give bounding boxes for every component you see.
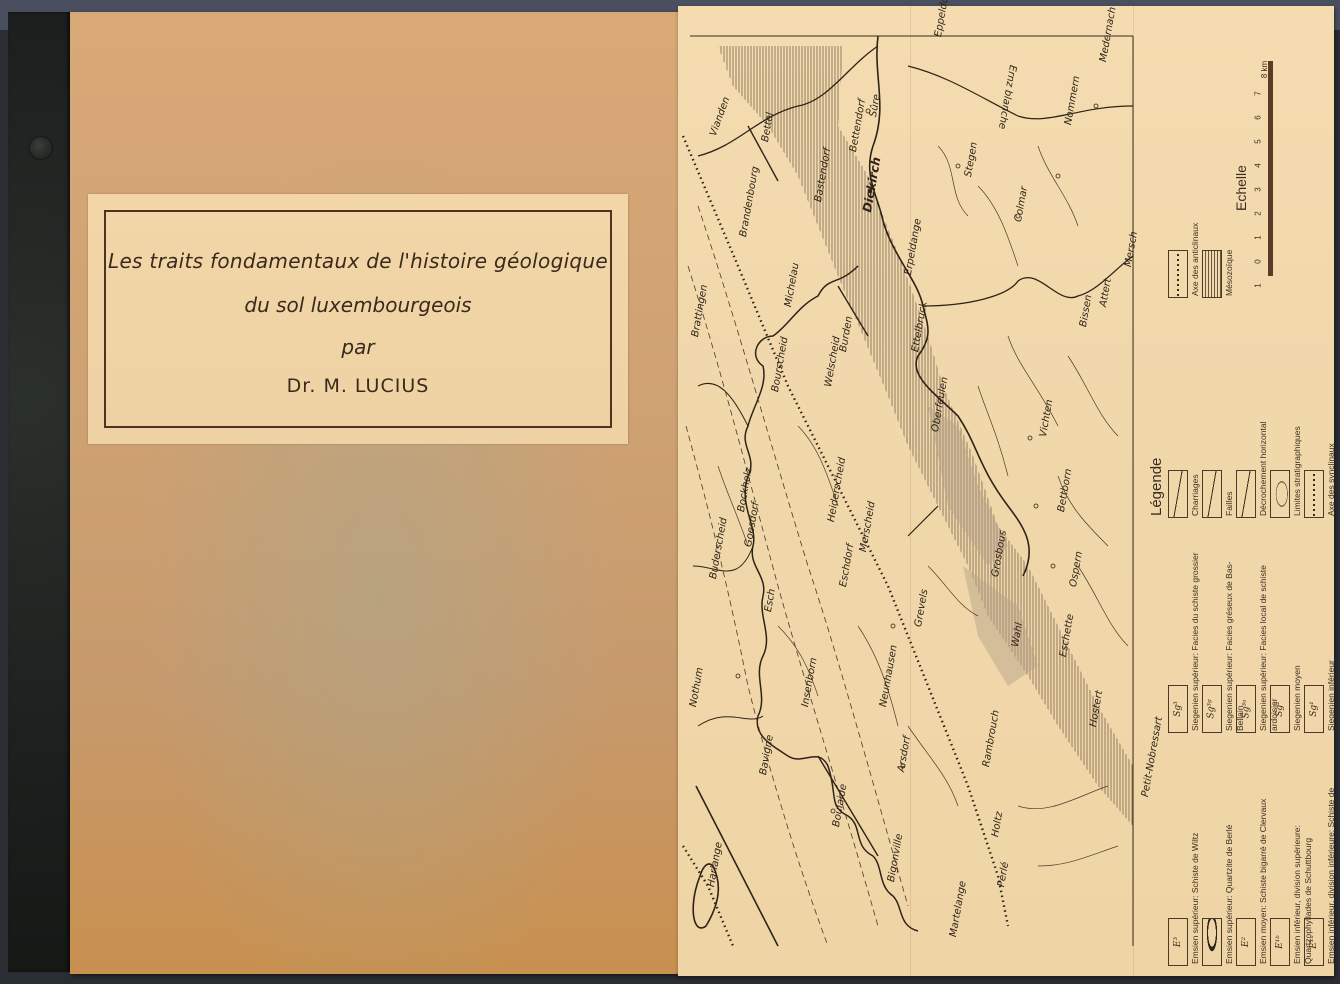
book-cover: Les traits fondamentaux de l'histoire gé… [70, 12, 690, 974]
book-spine [8, 12, 70, 972]
legend-structure-item-swatch [1270, 470, 1290, 518]
legend-extra-item-swatch [1202, 250, 1222, 298]
legend-stratigraphy-item-label: Emsien supérieur: Schiste de Wiltz [1190, 784, 1201, 964]
legend-siegenian-item-swatch: Sg³ [1168, 685, 1188, 733]
scale-bar [1268, 61, 1273, 276]
legend-title: Légende [1148, 458, 1165, 516]
cover-title-line-1: Les traits fondamentaux de l'histoire gé… [108, 249, 608, 273]
legend-structure-item-label: Limites stratigraphiques [1292, 336, 1303, 516]
legend-structure-item-swatch [1202, 470, 1222, 518]
scale-tick-label: 6 [1254, 115, 1263, 119]
cover-label: Les traits fondamentaux de l'histoire gé… [88, 194, 628, 444]
cover-by: par [341, 335, 374, 359]
legend-structure-item-swatch [1304, 470, 1324, 518]
legend-siegenian-item-symbol: Sg² [1275, 701, 1285, 717]
legend-siegenian-item-label: Siegenien supérieur: Facies du schiste g… [1190, 551, 1201, 731]
legend-stratigraphy-item-swatch: E² [1236, 918, 1256, 966]
legend-siegenian-item-swatch: Sg³ᵍ [1202, 685, 1222, 733]
scale-tick-label: 8 km [1260, 61, 1269, 78]
legend-extra-item-label: Axe des anticlinaux [1190, 116, 1201, 296]
booklet: Les traits fondamentaux de l'histoire gé… [8, 12, 690, 978]
scale-tick-label: 4 [1254, 163, 1263, 167]
map-legend: Légende E³Emsien supérieur: Schiste de W… [1138, 6, 1334, 976]
map-area: ViandenBettelBrandenbourgBastendorfBette… [678, 6, 1138, 976]
legend-structure-item-swatch [1236, 470, 1256, 518]
scale-title: Echelle [1233, 165, 1249, 211]
scale-tick-label: 2 [1254, 211, 1263, 215]
legend-siegenian-item-symbol: Sg³ [1173, 701, 1183, 717]
legend-structure-item-swatch [1168, 470, 1188, 518]
legend-siegenian-item-symbol: Sg¹ [1309, 701, 1319, 717]
legend-structure-item-label: Failles [1224, 336, 1235, 516]
legend-structure-item-label: Charriages [1190, 336, 1201, 516]
legend-siegenian-item-swatch: Sg¹ [1304, 685, 1324, 733]
legend-stratigraphy-item-swatch: E³ [1168, 918, 1188, 966]
spine-rivet [30, 137, 52, 159]
legend-stratigraphy-item-swatch [1202, 918, 1222, 966]
legend-extra-item-swatch [1168, 250, 1188, 298]
cover-title-line-2: du sol luxembourgeois [244, 293, 471, 317]
cover-label-frame: Les traits fondamentaux de l'histoire gé… [104, 210, 612, 428]
legend-structure-item-label: Décrochement horizontal [1258, 336, 1269, 516]
legend-siegenian-item-swatch: Sg² [1270, 685, 1290, 733]
legend-siegenian-item-symbol: Sg³ᵃ [1241, 700, 1251, 719]
legend-stratigraphy-item-label: Emsien supérieur: Quartzite de Berlé [1224, 784, 1235, 964]
legend-stratigraphy-item-swatch: E¹ᵇ [1270, 918, 1290, 966]
scale-tick-label: 0 [1254, 259, 1263, 263]
scale-tick-label: 5 [1254, 139, 1263, 143]
scale-tick-label: 1 [1254, 235, 1263, 239]
legend-stratigraphy-item-swatch: E¹ᵃ [1304, 918, 1324, 966]
legend-siegenian-item-label: Siegenien inférieur [1326, 551, 1337, 731]
scale-tick-label: 3 [1254, 187, 1263, 191]
legend-siegenian-item-label: Siegenien moyen [1292, 551, 1303, 731]
legend-stratigraphy-item-symbol: E³ [1173, 937, 1183, 947]
legend-structure-item-label: Axe des synclinaux [1326, 336, 1337, 516]
legend-stratigraphy-item-label: Emsien inférieur, division inférieure: S… [1326, 784, 1340, 964]
scale-tick-label: 1 [1254, 283, 1263, 287]
legend-siegenian-item-symbol: Sg³ᵍ [1207, 699, 1217, 718]
legend-stratigraphy-item-label: Emsien moyen: Schiste bigarré de Clervau… [1258, 784, 1269, 964]
legend-siegenian-item-swatch: Sg³ᵃ [1236, 685, 1256, 733]
legend-stratigraphy-item-symbol: E² [1241, 937, 1251, 947]
legend-stratigraphy-item-symbol: E¹ᵃ [1309, 935, 1319, 949]
cover-author: Dr. M. LUCIUS [287, 375, 430, 397]
legend-stratigraphy-item-symbol: E¹ᵇ [1275, 935, 1285, 949]
scale-tick-label: 7 [1254, 91, 1263, 95]
geological-map-sheet: ViandenBettelBrandenbourgBastendorfBette… [678, 6, 1334, 976]
